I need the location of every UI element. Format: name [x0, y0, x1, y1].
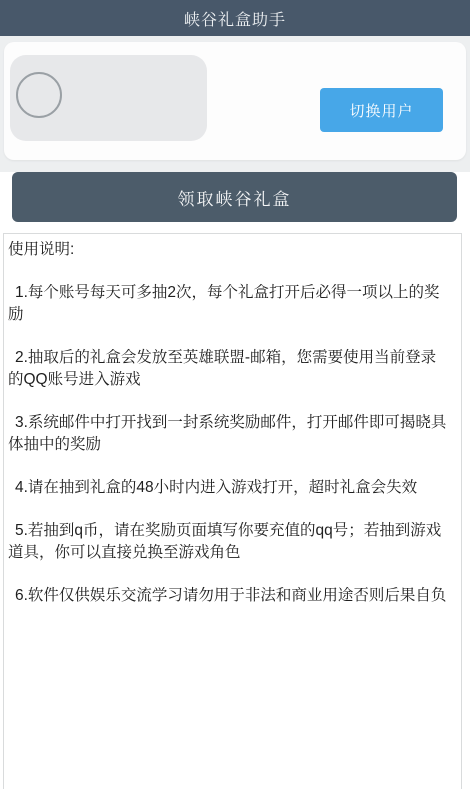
- instructions-label: 使用说明:: [8, 239, 451, 261]
- instruction-item-2: 2.抽取后的礼盒会发放至英雄联盟-邮箱，您需要使用当前登录的QQ账号进入游戏: [8, 347, 451, 391]
- claim-gift-box-button[interactable]: 领取峡谷礼盒: [12, 172, 457, 222]
- instruction-item-1: 1.每个账号每天可多抽2次，每个礼盒打开后必得一项以上的奖励: [8, 282, 451, 326]
- instruction-item-4: 4.请在抽到礼盒的48小时内进入游戏打开，超时礼盒会失效: [8, 477, 451, 499]
- app-top-bar: 峡谷礼盒助手: [0, 0, 470, 36]
- switch-user-button[interactable]: 切换用户: [320, 88, 443, 132]
- main-content: 领取峡谷礼盒 使用说明: 1.每个账号每天可多抽2次，每个礼盒打开后必得一项以上…: [0, 172, 470, 789]
- avatar-container: [10, 55, 207, 141]
- instruction-item-5: 5.若抽到q币，请在奖励页面填写你要充值的qq号；若抽到游戏道具，你可以直接兑换…: [8, 520, 451, 564]
- instruction-item-3: 3.系统邮件中打开找到一封系统奖励邮件，打开邮件即可揭晓具体抽中的奖励: [8, 412, 451, 456]
- app-title: 峡谷礼盒助手: [184, 7, 286, 30]
- instructions-panel: 使用说明: 1.每个账号每天可多抽2次，每个礼盒打开后必得一项以上的奖励 2.抽…: [3, 233, 462, 789]
- user-card: 切换用户: [4, 42, 466, 160]
- instruction-item-6: 6.软件仅供娱乐交流学习请勿用于非法和商业用途否则后果自负: [8, 585, 451, 607]
- avatar-circle-icon: [16, 72, 62, 118]
